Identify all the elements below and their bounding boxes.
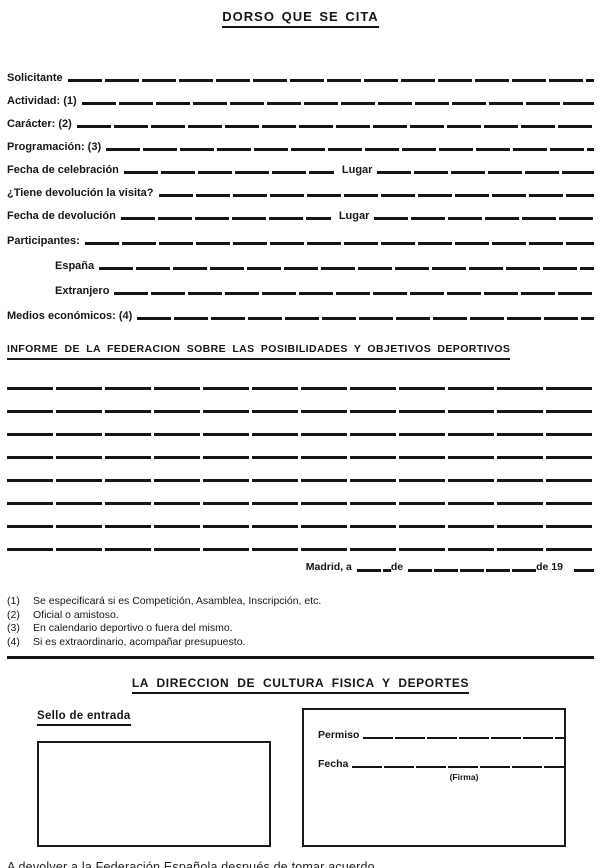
footnote-text: Si es extraordinario, acompañar presupue… [33, 636, 245, 650]
field-label-lugar-celebracion: Lugar [334, 164, 378, 177]
form-row-fecha-celebracion: Fecha de celebración Lugar [7, 154, 594, 177]
ruled-line [7, 456, 594, 459]
form-row-fecha-devolucion: Fecha de devolución Lugar [7, 200, 594, 223]
permit-date-blank-line [352, 766, 564, 769]
field-blank-line [121, 217, 331, 220]
footnote-number: (1) [7, 595, 33, 609]
footnote-1: (1) Se especificará si es Competición, A… [7, 595, 594, 609]
form-fields-section: Solicitante Actividad: (1) Carácter: (2)… [7, 62, 594, 323]
field-label-fecha-devolucion: Fecha de devolución [7, 210, 121, 223]
field-blank-line [106, 148, 594, 151]
form-row-programacion: Programación: (3) [7, 131, 594, 154]
footnote-2: (2) Oficial o amistoso. [7, 609, 594, 623]
return-instruction: A devolver a la Federación Española desp… [7, 860, 594, 868]
date-signature-line: Madrid, a de de 19 [7, 560, 594, 574]
ruled-line [7, 525, 594, 528]
scanned-form-page: DORSO QUE SE CITA Solicitante Actividad:… [0, 0, 600, 868]
ruled-line [7, 502, 594, 505]
ruled-line [7, 410, 594, 413]
field-blank-line [159, 194, 594, 197]
direction-section: LA DIRECCION DE CULTURA FISICA Y DEPORTE… [7, 674, 594, 694]
page-title: DORSO QUE SE CITA [222, 9, 378, 28]
field-label-espana: España [55, 260, 99, 273]
field-label-extranjero: Extranjero [55, 285, 114, 298]
field-blank-line [114, 292, 594, 295]
form-row-medios-economicos: Medios económicos: (4) [7, 298, 594, 323]
report-blank-lines [7, 387, 594, 551]
form-row-actividad: Actividad: (1) [7, 85, 594, 108]
permit-box: Permiso Fecha (Firma) [302, 708, 566, 847]
form-row-extranjero: Extranjero [7, 273, 594, 298]
permit-label: Permiso [318, 729, 363, 741]
field-blank-line [137, 317, 594, 320]
section-divider [7, 656, 594, 659]
field-label-medios-economicos: Medios económicos: (4) [7, 310, 137, 323]
field-label-actividad: Actividad: (1) [7, 95, 82, 108]
permit-row: Permiso [318, 727, 564, 741]
ruled-line [7, 548, 594, 551]
field-label-devolucion-visita: ¿Tiene devolución la visita? [7, 187, 159, 200]
report-heading: INFORME DE LA FEDERACION SOBRE LAS POSIB… [7, 343, 510, 360]
date-year-blank [574, 569, 594, 572]
permit-date-label: Fecha [318, 758, 352, 770]
entry-stamp-label: Sello de entrada [37, 710, 131, 726]
field-blank-line [377, 171, 594, 174]
date-day-blank [357, 569, 391, 572]
form-row-devolucion-visita: ¿Tiene devolución la visita? [7, 177, 594, 200]
ruled-line [7, 387, 594, 390]
footnote-text: En calendario deportivo o fuera del mism… [33, 622, 233, 636]
entry-stamp-column: Sello de entrada [37, 706, 271, 847]
footnote-number: (4) [7, 636, 33, 650]
footnote-text: Se especificará si es Competición, Asamb… [33, 595, 321, 609]
field-blank-line [82, 102, 594, 105]
date-city-label: Madrid, a [306, 561, 357, 574]
date-year-label: de 19 [536, 561, 568, 574]
footnote-3: (3) En calendario deportivo o fuera del … [7, 622, 594, 636]
entry-stamp-box [37, 741, 271, 847]
field-blank-line [68, 79, 594, 82]
field-blank-line [85, 242, 594, 245]
field-label-fecha-celebracion: Fecha de celebración [7, 164, 124, 177]
title-container: DORSO QUE SE CITA [7, 8, 594, 28]
field-blank-line [374, 217, 594, 220]
form-row-solicitante: Solicitante [7, 62, 594, 85]
form-row-espana: España [7, 248, 594, 273]
field-label-programacion: Programación: (3) [7, 141, 106, 154]
form-row-participantes: Participantes: [7, 223, 594, 248]
stamp-and-permit-area: Sello de entrada Permiso Fecha (Firma) [7, 706, 594, 847]
form-row-caracter: Carácter: (2) [7, 108, 594, 131]
field-label-lugar-devolucion: Lugar [331, 210, 375, 223]
report-section: INFORME DE LA FEDERACION SOBRE LAS POSIB… [7, 339, 594, 360]
ruled-line [7, 479, 594, 482]
permit-blank-line [363, 737, 564, 740]
date-de-label: de [391, 561, 408, 574]
footnotes-section: (1) Se especificará si es Competición, A… [7, 595, 594, 649]
signature-caption: (Firma) [364, 772, 564, 782]
field-label-caracter: Carácter: (2) [7, 118, 77, 131]
footnote-text: Oficial o amistoso. [33, 609, 119, 623]
footnote-4: (4) Si es extraordinario, acompañar pres… [7, 636, 594, 650]
ruled-line [7, 433, 594, 436]
field-label-participantes: Participantes: [7, 235, 85, 248]
footnote-number: (3) [7, 622, 33, 636]
footnote-number: (2) [7, 609, 33, 623]
field-label-solicitante: Solicitante [7, 72, 68, 85]
field-blank-line [77, 125, 594, 128]
field-blank-line [99, 267, 594, 270]
direction-heading: LA DIRECCION DE CULTURA FISICA Y DEPORTE… [132, 676, 469, 694]
date-month-blank [408, 569, 536, 572]
field-blank-line [124, 171, 334, 174]
permit-date-row: Fecha [318, 756, 564, 770]
